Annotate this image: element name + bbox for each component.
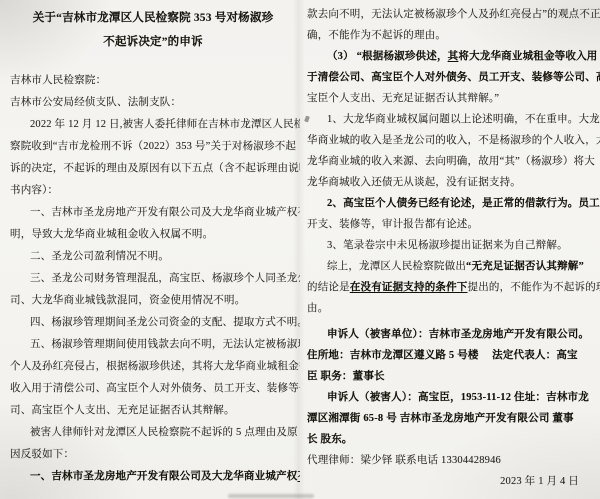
document-page-right: 款去向不明，无法认定被杨淑珍个人及孙红亮侵占”的观点不正确，不能作为不起诉的理由… [300, 0, 600, 499]
text-run: 2022 年 12 月 12 日,被害人委托律师在吉林市龙潭区人民检 [30, 119, 300, 130]
addressee-line: 吉林市公安局经侦支队、法制支队： [10, 92, 296, 114]
addressee-line: 吉林市人民检察院： [10, 70, 296, 92]
text-line: 确，不能作为不起诉的理由。 [307, 25, 595, 46]
text-run: 确，不能作为不起诉的理由。 [307, 30, 446, 41]
text-run: 综上，龙潭区人民检察院做出 [327, 261, 466, 272]
text-run: 三、圣龙公司财务管理混乱，高宝臣、杨淑珍个人同圣龙公 [30, 273, 300, 284]
text-run: 将大龙华商业城租金等收入用 [458, 51, 597, 62]
text-run: 明，导致大龙华商业城租金收入权属不明。 [10, 229, 213, 240]
text-run: 收入用于清偿公司、高宝臣个人对外债务、员工开支、装修等公 [10, 383, 300, 394]
text-run: 1、大龙华商业城权属问题以上论述明确，不在重申。大龙 [327, 114, 600, 125]
text-line: 因反驳如下： [10, 444, 296, 466]
text-run: 申诉人（被害单位）：吉林市圣龙房地产开发有限公司。 [327, 329, 589, 340]
scanned-document: 关于“吉林市龙潭区人民检察院 353 号对杨淑珍不起诉决定”的申诉吉林市人民检察… [0, 0, 600, 499]
text-line: 潭区湘潭街 65-8 号 吉林市圣龙房地产开发有限公司 董事 [307, 408, 595, 429]
text-run: 察院收到“吉市龙检刑不诉（2022）353 号”关于对杨淑珍不起 [10, 141, 296, 152]
text-line: 申诉人（被害单位）：吉林市圣龙房地产开发有限公司。 [307, 324, 595, 345]
text-run: 2023 年 1 月 4 日 [500, 476, 579, 487]
text-run: 的结论是 [307, 282, 350, 293]
text-run: 诉的决定，不起诉的理由及原因有以下五点（含不起诉理由说明 [10, 163, 300, 174]
text-run: 书内容）： [10, 185, 58, 196]
text-run: 司、大龙华商业城钱款混同，资金使用情况不明。 [10, 295, 245, 306]
text-run: 长 股东。 [307, 434, 353, 445]
text-line: 1、大龙华商业城权属问题以上论述明确，不在重申。大龙 [307, 109, 595, 130]
text-line: 2022 年 12 月 12 日,被害人委托律师在吉林市龙潭区人民检 [10, 114, 296, 136]
text-run: 其 [448, 51, 459, 62]
text-run: 住所地：吉林市龙潭区遵义路 5 号楼 法定代表人：高宝 [307, 350, 578, 361]
text-run: 于清偿公司、高宝臣个人对外债务、员工开支、装修等公司、高 [307, 72, 600, 83]
date-line: 2023 年 1 月 4 日 [307, 471, 595, 492]
text-line: 四、杨淑珍管理期间圣龙公司资金的支配、提取方式不明。 [10, 312, 296, 334]
text-line: 的结论是在没有证据支持的条件下提出的，不能作为不起诉的理 [307, 277, 595, 298]
scan-smudge [228, 494, 314, 498]
text-line: 收入用于清偿公司、高宝臣个人对外债务、员工开支、装修等公 [10, 378, 296, 400]
text-line: 3、笔录卷宗中未见杨淑珍提出证据来为自己辩解。 [307, 235, 595, 256]
text-run: 关于“吉林市龙潭区人民检察院 353 号对杨淑珍 [33, 12, 274, 24]
title-line: 不起诉决定”的申诉 [10, 30, 296, 54]
text-line: （3） “根据杨淑珍供述，其将大龙华商业城租金等收入用 [307, 46, 595, 67]
text-run: 在没有证据支持的条件下 [350, 282, 468, 293]
text-run: 吉林市公安局经侦支队、法制支队： [10, 97, 181, 108]
text-line: 长 股东。 [307, 429, 595, 450]
text-run: 2、高宝臣个人债务已经有论述，是正常的借款行为。员工 [327, 198, 600, 209]
text-run: “无充足证据否认其辩解” [466, 261, 584, 272]
text-run: （3） “根据杨淑珍供述， [327, 51, 448, 62]
text-run: 不起诉决定”的申诉 [103, 36, 203, 48]
text-run: 一、吉林市圣龙房地产开发有限公司及大龙华商业城产权不 [30, 207, 300, 218]
text-run: 申诉人（被害人）：高宝臣，1953-11-12 住址：吉林市龙 [327, 392, 589, 403]
text-line: 代理律师：梁少铎 联系电话 13304428946 [307, 450, 595, 471]
text-line: 司、大龙华商业城钱款混同，资金使用情况不明。 [10, 290, 296, 312]
text-line: 综上，龙潭区人民检察院做出“无充足证据否认其辩解” [307, 256, 595, 277]
text-line: 款去向不明，无法认定被杨淑珍个人及孙红亮侵占”的观点不正 [307, 4, 595, 25]
text-run: 吉林市人民检察院： [10, 75, 106, 86]
text-line: 2、高宝臣个人债务已经有论述，是正常的借款行为。员工 [307, 193, 595, 214]
text-line: 察院收到“吉市龙检刑不诉（2022）353 号”关于对杨淑珍不起 [10, 136, 296, 158]
text-run: 由。 [307, 303, 328, 314]
text-line: 明，导致大龙华商业城租金收入权属不明。 [10, 224, 296, 246]
text-run: 二、圣龙公司盈利情况不明。 [30, 251, 169, 262]
text-line: 开支、装修等，审计报告都有论述。 [307, 214, 595, 235]
text-line: 二、圣龙公司盈利情况不明。 [10, 246, 296, 268]
text-run: 款去向不明，无法认定被杨淑珍个人及孙红亮侵占”的观点不正 [307, 9, 600, 20]
text-line: 申诉人（被害人）：高宝臣，1953-11-12 住址：吉林市龙 [307, 387, 595, 408]
text-line: 司、高宝臣个人支出、无充足证据否认其辩解。 [10, 400, 296, 422]
text-run: 3、笔录卷宗中未见杨淑珍提出证据来为自己辩解。 [327, 240, 568, 251]
text-line: 五、杨淑珍管理期间使用钱款去向不明，无法认定被杨淑珍 [10, 334, 296, 356]
text-line: 于清偿公司、高宝臣个人对外债务、员工开支、装修等公司、高 [307, 67, 595, 88]
text-line: 个人及孙红亮侵占，根据杨淑珍供述，其将大龙华商业城租金等 [10, 356, 296, 378]
text-line: 一、吉林市圣龙房地产开发有限公司及大龙华商业城产权不 [10, 202, 296, 224]
text-run: 司、高宝臣个人支出、无充足证据否认其辩解。 [10, 405, 235, 416]
text-run: 龙华商城收入还债无从谈起，没有证据支持。 [307, 177, 521, 188]
text-line: 臣 职务：董事长 [307, 366, 595, 387]
text-line: 三、圣龙公司财务管理混乱，高宝臣、杨淑珍个人同圣龙公 [10, 268, 296, 290]
text-line: 被害人律师针对龙潭区人民检察院不起诉的 5 点理由及原 [10, 422, 296, 444]
text-run: 臣 职务：董事长 [307, 371, 385, 382]
text-run: 宝臣个人支出、无充足证据否认其辩解。” [307, 93, 499, 104]
text-run: 被害人律师针对龙潭区人民检察院不起诉的 5 点理由及原 [30, 427, 298, 438]
document-page-left: 关于“吉林市龙潭区人民检察院 353 号对杨淑珍不起诉决定”的申诉吉林市人民检察… [0, 0, 300, 499]
text-run: 潭区湘潭街 65-8 号 吉林市圣龙房地产开发有限公司 董事 [307, 413, 574, 424]
text-run: 一、吉林市圣龙房地产开发有限公司及大龙华商业城产权 [30, 471, 298, 482]
title-line: 关于“吉林市龙潭区人民检察院 353 号对杨淑珍 [10, 6, 296, 30]
text-run: 华商业城的收入是圣龙公司的收入，不是杨淑珍的个人收入，大 [307, 135, 600, 146]
text-run: 代理律师：梁少铎 联系电话 13304428946 [307, 455, 501, 466]
text-run: 龙华商业城的收入来源、去向明确，故用“其”（杨淑珍）将大 [307, 156, 595, 167]
text-line: 龙华商业城的收入来源、去向明确，故用“其”（杨淑珍）将大 [307, 151, 595, 172]
text-line: 诉的决定，不起诉的理由及原因有以下五点（含不起诉理由说明 [10, 158, 296, 180]
text-run: 五、杨淑珍管理期间使用钱款去向不明，无法认定被杨淑珍 [30, 339, 300, 350]
page-seam-shadow [293, 0, 305, 499]
text-line: 住所地：吉林市龙潭区遵义路 5 号楼 法定代表人：高宝 [307, 345, 595, 366]
text-run: 因反驳如下： [10, 449, 74, 460]
text-line: 宝臣个人支出、无充足证据否认其辩解。” [307, 88, 595, 109]
text-run: 开支、装修等，审计报告都有论述。 [307, 219, 478, 230]
text-run: 提出的，不能作为不起诉的理 [468, 282, 600, 293]
text-line: 由。 [307, 298, 595, 319]
text-run: 个人及孙红亮侵占，根据杨淑珍供述，其将大龙华商业城租金等 [10, 361, 300, 372]
text-line: 书内容）： [10, 180, 296, 202]
text-line: 华商业城的收入是圣龙公司的收入，不是杨淑珍的个人收入，大 [307, 130, 595, 151]
text-run: 四、杨淑珍管理期间圣龙公司资金的支配、提取方式不明。 [30, 317, 300, 328]
text-line: 龙华商城收入还债无从谈起，没有证据支持。 [307, 172, 595, 193]
text-line: 一、吉林市圣龙房地产开发有限公司及大龙华商业城产权不 [10, 466, 296, 488]
